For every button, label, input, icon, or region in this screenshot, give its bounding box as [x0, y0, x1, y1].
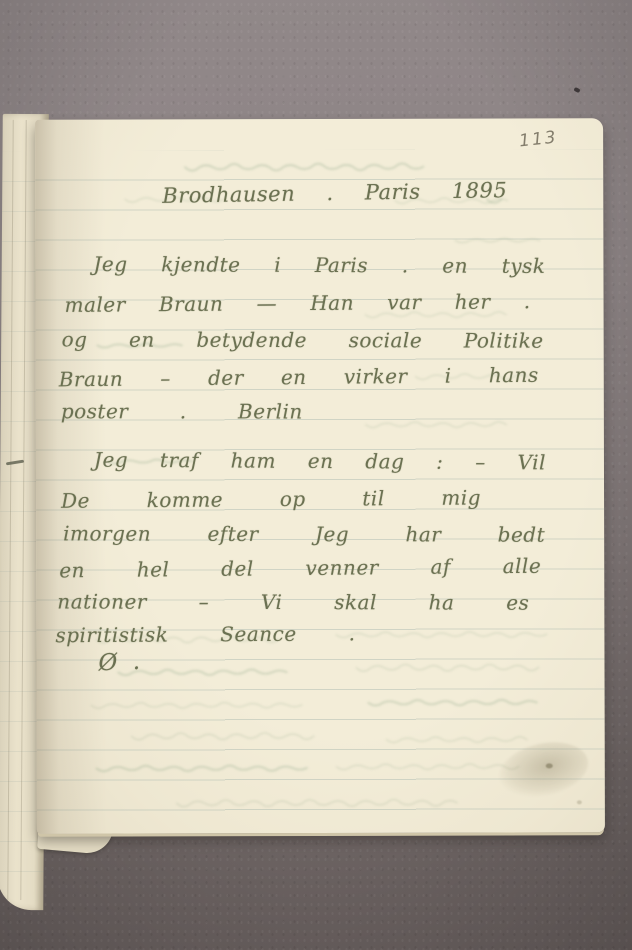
manuscript-line: imorgen efter Jeg har bedt	[63, 521, 545, 546]
manuscript-signature: Ø .	[98, 649, 144, 677]
page-number: 113	[518, 127, 558, 151]
smudge-dot	[577, 800, 582, 804]
manuscript-line: Braun – der en virker i hans	[59, 363, 539, 392]
gutter-shadow	[35, 120, 107, 834]
manuscript-line: og en betydende sociale Politike	[62, 327, 544, 352]
manuscript-line: De komme op til mig	[61, 485, 481, 512]
manuscript-line: nationer – Vi skal ha es	[57, 589, 529, 614]
ink-showthrough-marks	[35, 118, 605, 833]
manuscript-line: Jeg kjendte i Paris . en tysk	[93, 252, 545, 278]
smudge-stain	[494, 735, 593, 805]
smudge-dot	[546, 763, 553, 768]
manuscript-title-line: Brodhausen . Paris 1895	[162, 178, 507, 208]
manuscript-line: poster . Berlin	[61, 399, 303, 423]
manuscript-line: en hel del venner af alle	[59, 554, 541, 583]
notebook-page: 113 Brodhausen . Paris 1895 Jeg kjendte …	[35, 118, 605, 833]
photograph: 113 Brodhausen . Paris 1895 Jeg kjendte …	[0, 0, 632, 950]
manuscript-line: maler Braun — Han var her .	[64, 289, 530, 317]
manuscript-line: spiritistisk Seance .	[55, 621, 355, 647]
manuscript-line: Jeg traf ham en dag : – Vil	[94, 448, 546, 475]
